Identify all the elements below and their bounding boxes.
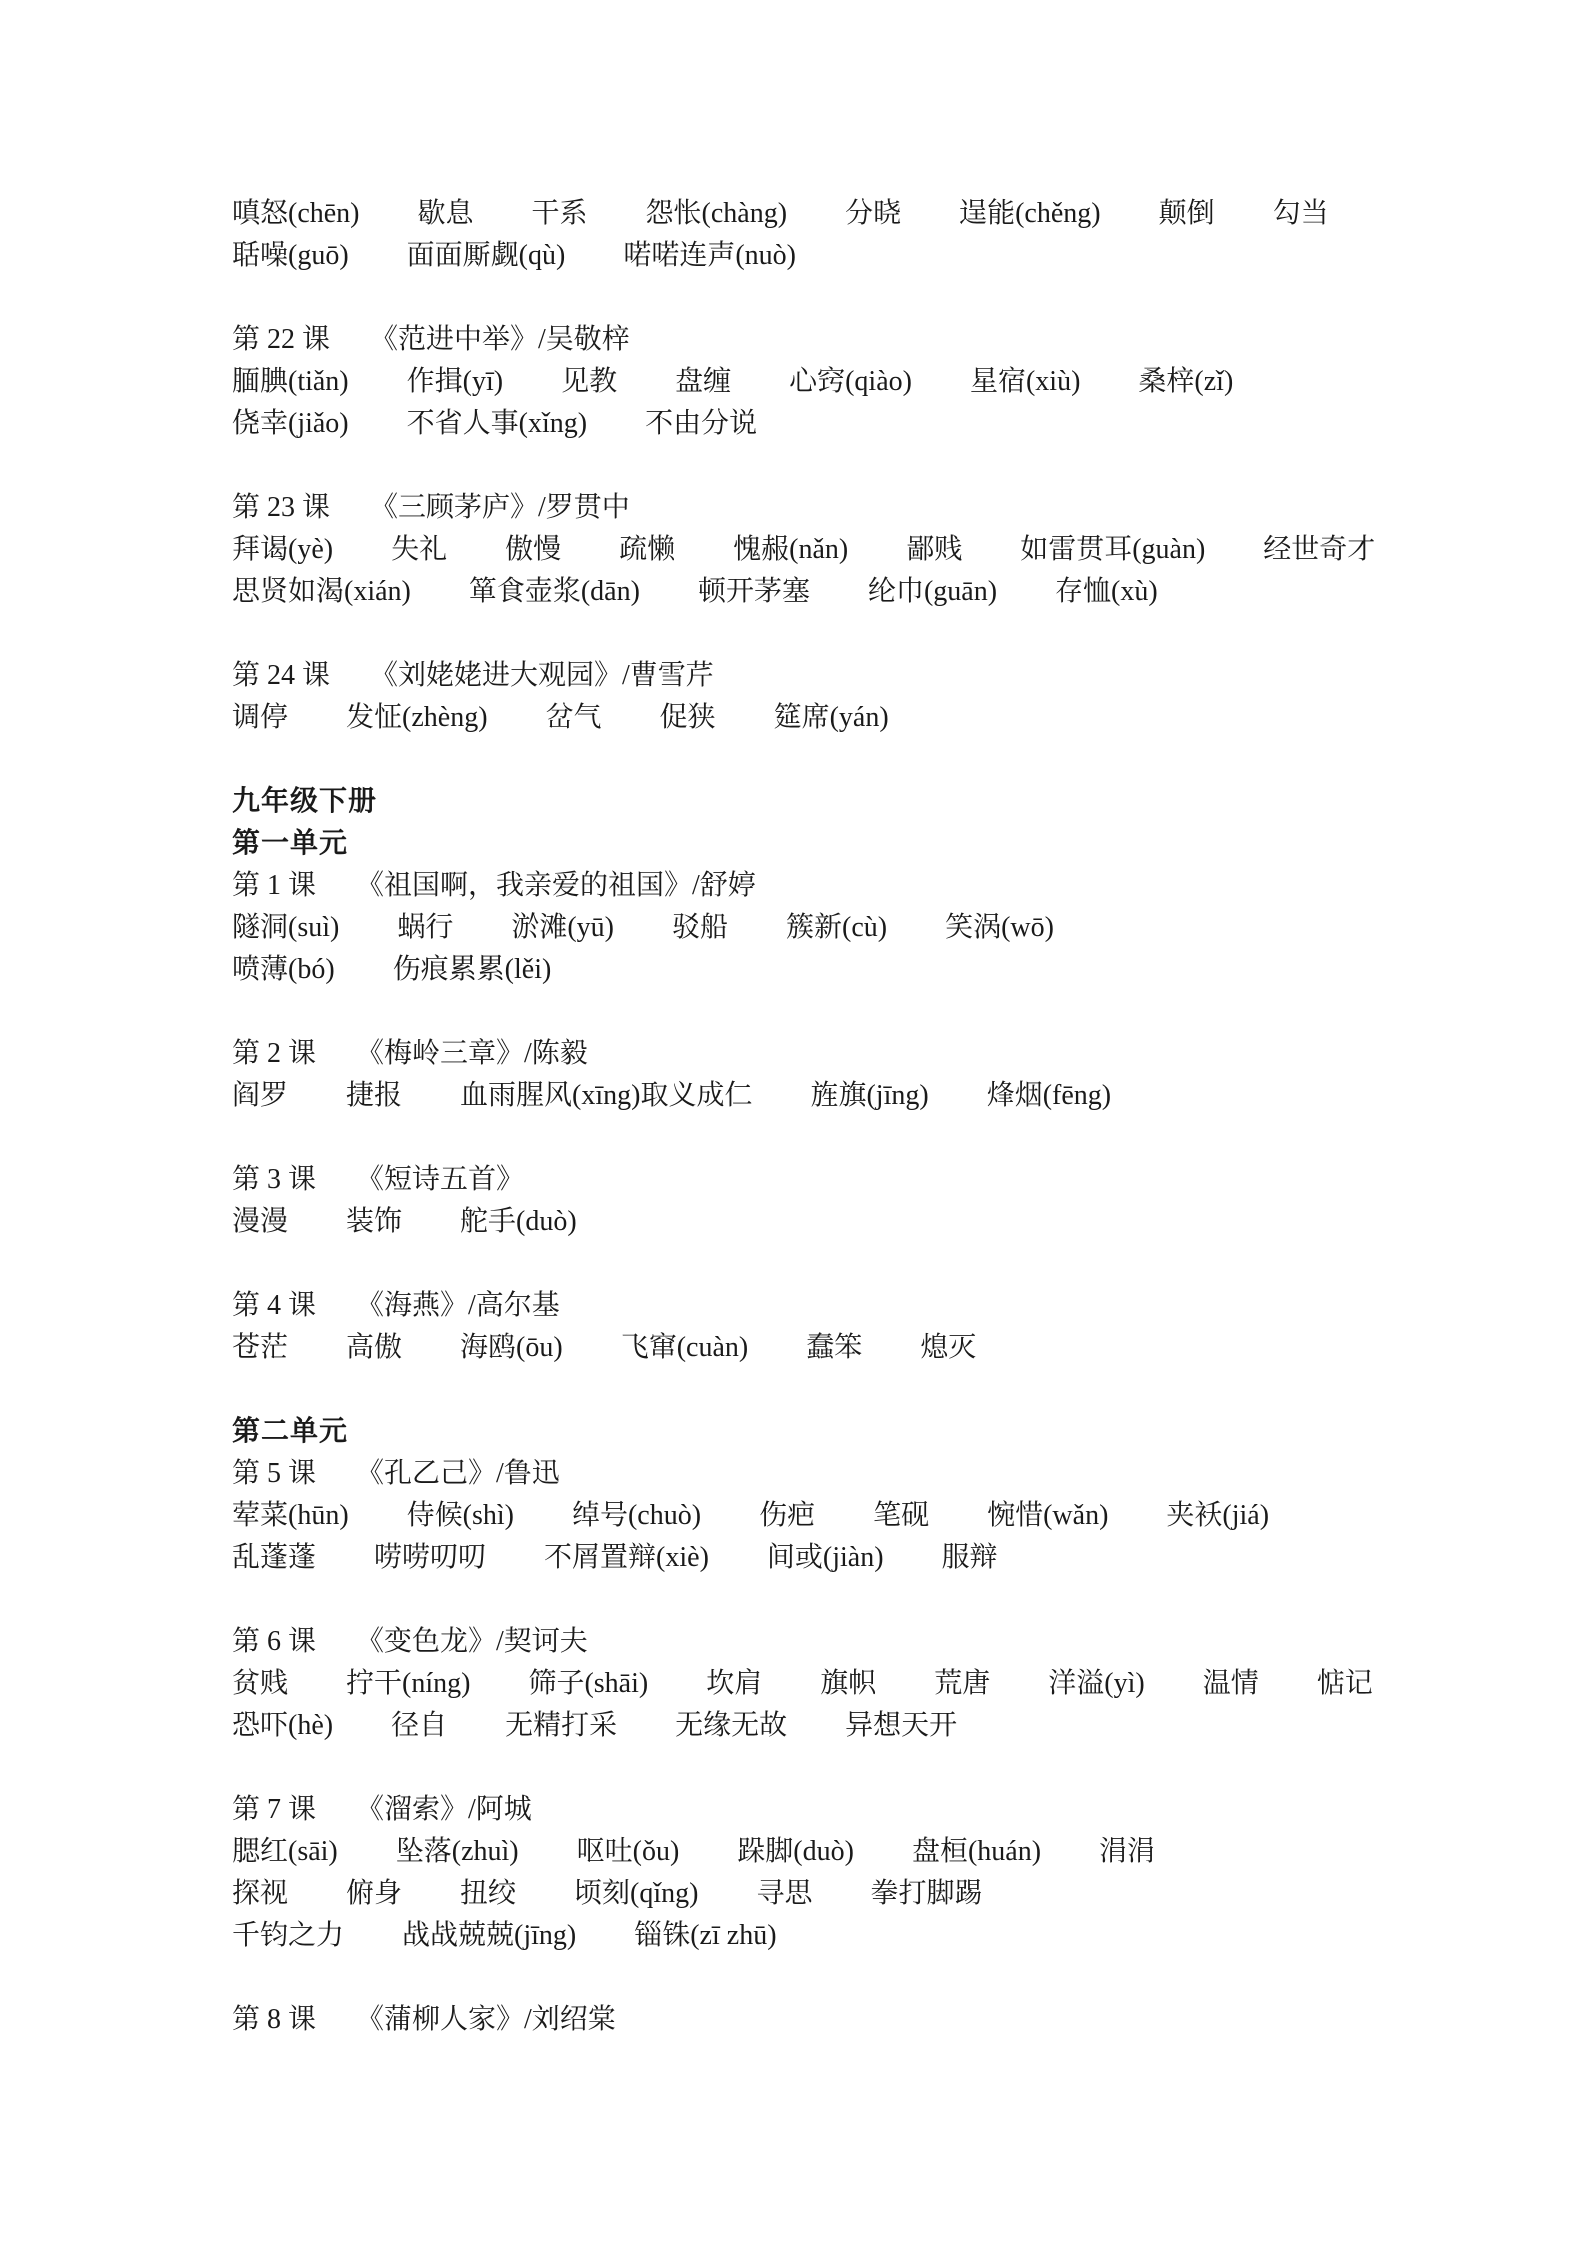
vocab-list: 嗔怒(chēn)歇息干系怨怅(chàng)分晓逞能(chěng)颠倒勾当聒噪(g…: [232, 193, 1512, 2041]
vocab-word: 坎肩: [706, 1663, 762, 1705]
vocab-word: 唠唠叨叨: [374, 1537, 486, 1579]
vocab-word: 呕吐(ǒu): [577, 1831, 680, 1873]
lesson-number: 第 3 课: [232, 1159, 316, 1201]
vocab-word: 烽烟(fēng): [987, 1075, 1111, 1117]
vocab-word: 侍候(shì): [407, 1495, 514, 1537]
lesson-heading: 第 6 课《变色龙》/契诃夫: [232, 1621, 1512, 1663]
vocab-word: 千钧之力: [232, 1915, 344, 1957]
vocab-line: 拜谒(yè)失礼傲慢疏懒愧赧(nǎn)鄙贱如雷贯耳(guàn)经世奇才: [232, 529, 1512, 571]
vocab-word: 岔气: [546, 697, 602, 739]
vocab-word: 温情: [1203, 1663, 1259, 1705]
lesson-number: 第 1 课: [232, 865, 316, 907]
vocab-word: 存恤(xù): [1055, 571, 1158, 613]
vocab-word: 怨怅(chàng): [646, 193, 788, 235]
section-heading: 第一单元: [232, 823, 1512, 865]
vocab-word: 无精打采: [505, 1705, 617, 1747]
vocab-word: 漫漫: [232, 1201, 288, 1243]
vocab-word: 战战兢兢(jīng): [402, 1915, 576, 1957]
vocab-line: 乱蓬蓬唠唠叨叨不屑置辩(xiè)间或(jiàn)服辩: [232, 1537, 1512, 1579]
vocab-word: 伤疤: [759, 1495, 815, 1537]
vocab-word: 蠢笨: [806, 1327, 862, 1369]
vocab-word: 盘缠: [675, 361, 731, 403]
vocab-word: 涓涓: [1099, 1831, 1155, 1873]
vocab-word: 夹袄(jiá): [1166, 1495, 1269, 1537]
vocab-word: 筛子(shāi): [528, 1663, 648, 1705]
blank-line: [232, 445, 1512, 487]
vocab-word: 捷报: [346, 1075, 402, 1117]
vocab-line: 漫漫装饰舵手(duò): [232, 1201, 1512, 1243]
vocab-word: 锱铢(zī zhū): [634, 1915, 776, 1957]
vocab-word: 拧干(níng): [346, 1663, 470, 1705]
vocab-word: 侥幸(jiǎo): [232, 403, 349, 445]
vocab-line: 荤菜(hūn)侍候(shì)绰号(chuò)伤疤笔砚惋惜(wǎn)夹袄(jiá): [232, 1495, 1512, 1537]
lesson-number: 第 6 课: [232, 1621, 316, 1663]
vocab-word: 高傲: [346, 1327, 402, 1369]
vocab-line: 喷薄(bó)伤痕累累(lěi): [232, 949, 1512, 991]
lesson-number: 第 7 课: [232, 1789, 316, 1831]
vocab-word: 惋惜(wǎn): [987, 1495, 1108, 1537]
lesson-heading: 第 1 课《祖国啊，我亲爱的祖国》/舒婷: [232, 865, 1512, 907]
lesson-number: 第 24 课: [232, 655, 330, 697]
vocab-word: 寻思: [756, 1873, 812, 1915]
vocab-word: 乱蓬蓬: [232, 1537, 316, 1579]
blank-line: [232, 1117, 1512, 1159]
lesson-heading: 第 8 课《蒲柳人家》/刘绍棠: [232, 1999, 1512, 2041]
blank-line: [232, 613, 1512, 655]
vocab-line: 思贤如渴(xián)箪食壶浆(dān)顿开茅塞纶巾(guān)存恤(xù): [232, 571, 1512, 613]
vocab-line: 腼腆(tiǎn)作揖(yī)见教盘缠心窍(qiào)星宿(xiù)桑梓(zǐ): [232, 361, 1512, 403]
lesson-heading: 第 5 课《孔乙己》/鲁迅: [232, 1453, 1512, 1495]
lesson-heading: 第 2 课《梅岭三章》/陈毅: [232, 1033, 1512, 1075]
vocab-word: 发怔(zhèng): [346, 697, 488, 739]
lesson-title: 《刘姥姥进大观园》/曹雪芹: [370, 655, 714, 697]
vocab-word: 跺脚(duò): [737, 1831, 854, 1873]
vocab-word: 鄙贱: [906, 529, 962, 571]
vocab-word: 心窍(qiào): [789, 361, 912, 403]
vocab-word: 旌旗(jīng): [810, 1075, 928, 1117]
vocab-word: 思贤如渴(xián): [232, 571, 411, 613]
vocab-word: 苍茫: [232, 1327, 288, 1369]
lesson-title: 《海燕》/高尔基: [356, 1285, 560, 1327]
vocab-word: 喏喏连声(nuò): [623, 235, 796, 277]
section-heading: 九年级下册: [232, 781, 1512, 823]
vocab-word: 俯身: [346, 1873, 402, 1915]
vocab-word: 腮红(sāi): [232, 1831, 338, 1873]
vocab-word: 阎罗: [232, 1075, 288, 1117]
blank-line: [232, 1243, 1512, 1285]
vocab-word: 纶巾(guān): [868, 571, 997, 613]
lesson-number: 第 5 课: [232, 1453, 316, 1495]
vocab-word: 伤痕累累(lěi): [393, 949, 552, 991]
vocab-word: 分晓: [845, 193, 901, 235]
vocab-line: 腮红(sāi)坠落(zhuì)呕吐(ǒu)跺脚(duò)盘桓(huán)涓涓: [232, 1831, 1512, 1873]
vocab-word: 盘桓(huán): [912, 1831, 1041, 1873]
vocab-word: 荤菜(hūn): [232, 1495, 349, 1537]
vocab-word: 喷薄(bó): [232, 949, 335, 991]
vocab-line: 隧洞(suì)蜗行淤滩(yū)驳船簇新(cù)笑涡(wō): [232, 907, 1512, 949]
vocab-line: 聒噪(guō)面面厮觑(qù)喏喏连声(nuò): [232, 235, 1512, 277]
vocab-word: 舵手(duò): [460, 1201, 577, 1243]
vocab-line: 阎罗捷报血雨腥风(xīng)取义成仁旌旗(jīng)烽烟(fēng): [232, 1075, 1512, 1117]
vocab-word: 洋溢(yì): [1048, 1663, 1144, 1705]
lesson-number: 第 22 课: [232, 319, 330, 361]
vocab-word: 面面厮觑(qù): [407, 235, 566, 277]
vocab-word: 无缘无故: [675, 1705, 787, 1747]
lesson-heading: 第 7 课《溜索》/阿城: [232, 1789, 1512, 1831]
blank-line: [232, 1579, 1512, 1621]
vocab-word: 如雷贯耳(guàn): [1020, 529, 1205, 571]
lesson-title: 《范进中举》/吴敬梓: [370, 319, 630, 361]
vocab-word: 勾当: [1273, 193, 1329, 235]
vocab-word: 飞窜(cuàn): [621, 1327, 749, 1369]
vocab-word: 间或(jiàn): [767, 1537, 884, 1579]
document-page: 嗔怒(chēn)歇息干系怨怅(chàng)分晓逞能(chěng)颠倒勾当聒噪(g…: [0, 0, 1587, 2245]
vocab-word: 干系: [532, 193, 588, 235]
vocab-word: 服辩: [942, 1537, 998, 1579]
lesson-number: 第 4 课: [232, 1285, 316, 1327]
blank-line: [232, 277, 1512, 319]
vocab-word: 贫贱: [232, 1663, 288, 1705]
lesson-title: 《梅岭三章》/陈毅: [356, 1033, 588, 1075]
vocab-line: 探视俯身扭绞顷刻(qǐng)寻思拳打脚踢: [232, 1873, 1512, 1915]
lesson-number: 第 2 课: [232, 1033, 316, 1075]
vocab-word: 失礼: [391, 529, 447, 571]
vocab-word: 扭绞: [460, 1873, 516, 1915]
vocab-line: 调停发怔(zhèng)岔气促狭筵席(yán): [232, 697, 1512, 739]
section-heading-text: 九年级下册: [232, 781, 377, 823]
vocab-word: 旗帜: [820, 1663, 876, 1705]
vocab-word: 星宿(xiù): [970, 361, 1080, 403]
vocab-word: 探视: [232, 1873, 288, 1915]
vocab-word: 颠倒: [1159, 193, 1215, 235]
lesson-title: 《祖国啊，我亲爱的祖国》/舒婷: [356, 865, 756, 907]
vocab-word: 簇新(cù): [786, 907, 887, 949]
vocab-word: 恐吓(hè): [232, 1705, 333, 1747]
lesson-title: 《孔乙己》/鲁迅: [356, 1453, 560, 1495]
lesson-heading: 第 23 课《三顾茅庐》/罗贯中: [232, 487, 1512, 529]
vocab-word: 作揖(yī): [407, 361, 503, 403]
section-heading-text: 第一单元: [232, 823, 348, 865]
lesson-heading: 第 24 课《刘姥姥进大观园》/曹雪芹: [232, 655, 1512, 697]
vocab-word: 桑梓(zǐ): [1138, 361, 1233, 403]
vocab-word: 筵席(yán): [774, 697, 889, 739]
vocab-word: 坠落(zhuì): [396, 1831, 519, 1873]
vocab-word: 径自: [391, 1705, 447, 1747]
lesson-title: 《溜索》/阿城: [356, 1789, 532, 1831]
section-heading: 第二单元: [232, 1411, 1512, 1453]
lesson-heading: 第 4 课《海燕》/高尔基: [232, 1285, 1512, 1327]
vocab-line: 苍茫高傲海鸥(ōu)飞窜(cuàn)蠢笨熄灭: [232, 1327, 1512, 1369]
vocab-line: 恐吓(hè)径自无精打采无缘无故异想天开: [232, 1705, 1512, 1747]
vocab-word: 惦记: [1317, 1663, 1373, 1705]
blank-line: [232, 1747, 1512, 1789]
vocab-word: 箪食壶浆(dān): [469, 571, 640, 613]
vocab-word: 隧洞(suì): [232, 907, 339, 949]
vocab-word: 拜谒(yè): [232, 529, 333, 571]
vocab-word: 调停: [232, 697, 288, 739]
vocab-word: 不由分说: [645, 403, 757, 445]
blank-line: [232, 991, 1512, 1033]
vocab-word: 笑涡(wō): [945, 907, 1054, 949]
lesson-title: 《蒲柳人家》/刘绍棠: [356, 1999, 616, 2041]
vocab-word: 不省人事(xǐng): [407, 403, 587, 445]
lesson-heading: 第 3 课《短诗五首》: [232, 1159, 1512, 1201]
lesson-heading: 第 22 课《范进中举》/吴敬梓: [232, 319, 1512, 361]
vocab-line: 嗔怒(chēn)歇息干系怨怅(chàng)分晓逞能(chěng)颠倒勾当: [232, 193, 1512, 235]
vocab-word: 逞能(chěng): [959, 193, 1101, 235]
vocab-word: 驳船: [672, 907, 728, 949]
vocab-word: 经世奇才: [1263, 529, 1375, 571]
vocab-word: 不屑置辩(xiè): [544, 1537, 709, 1579]
vocab-word: 愧赧(nǎn): [733, 529, 848, 571]
vocab-word: 海鸥(ōu): [460, 1327, 563, 1369]
vocab-word: 熄灭: [920, 1327, 976, 1369]
lesson-title: 《短诗五首》: [356, 1159, 524, 1201]
vocab-word: 绰号(chuò): [572, 1495, 701, 1537]
vocab-word: 促狭: [660, 697, 716, 739]
vocab-word: 笔砚: [873, 1495, 929, 1537]
lesson-title: 《三顾茅庐》/罗贯中: [370, 487, 630, 529]
vocab-word: 腼腆(tiǎn): [232, 361, 349, 403]
vocab-word: 淤滩(yū): [511, 907, 614, 949]
vocab-word: 拳打脚踢: [871, 1873, 983, 1915]
lesson-number: 第 8 课: [232, 1999, 316, 2041]
vocab-line: 贫贱拧干(níng)筛子(shāi)坎肩旗帜荒唐洋溢(yì)温情惦记: [232, 1663, 1512, 1705]
vocab-word: 顿开茅塞: [698, 571, 810, 613]
lesson-number: 第 23 课: [232, 487, 330, 529]
vocab-word: 嗔怒(chēn): [232, 193, 360, 235]
blank-line: [232, 1369, 1512, 1411]
vocab-word: 血雨腥风(xīng)取义成仁: [460, 1075, 752, 1117]
lesson-title: 《变色龙》/契诃夫: [356, 1621, 588, 1663]
section-heading-text: 第二单元: [232, 1411, 348, 1453]
vocab-word: 装饰: [346, 1201, 402, 1243]
vocab-word: 顷刻(qǐng): [574, 1873, 698, 1915]
vocab-word: 见教: [561, 361, 617, 403]
vocab-word: 荒唐: [934, 1663, 990, 1705]
blank-line: [232, 1957, 1512, 1999]
vocab-word: 聒噪(guō): [232, 235, 349, 277]
vocab-word: 异想天开: [845, 1705, 957, 1747]
vocab-word: 疏懒: [619, 529, 675, 571]
vocab-word: 蜗行: [397, 907, 453, 949]
vocab-word: 歇息: [418, 193, 474, 235]
vocab-line: 千钧之力战战兢兢(jīng)锱铢(zī zhū): [232, 1915, 1512, 1957]
vocab-line: 侥幸(jiǎo)不省人事(xǐng)不由分说: [232, 403, 1512, 445]
vocab-word: 傲慢: [505, 529, 561, 571]
blank-line: [232, 739, 1512, 781]
